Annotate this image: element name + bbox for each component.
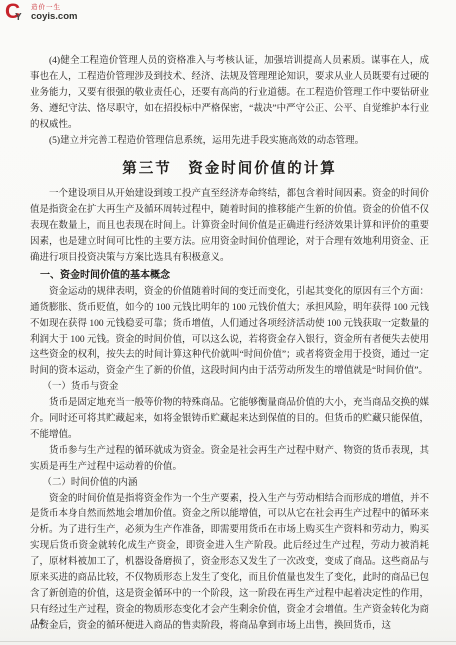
paragraph-currency-1: 货币是固定地充当一般等价物的特殊商品。它能够衡量商品价值的大小，充当商品交换的媒… [30, 396, 429, 444]
subsubheading-currency-and-capital: （一）货币与资金 [30, 380, 429, 396]
scanned-document-page: C Y 造价一生 coyis.com (4)健全工程造价管理人员的资格准入与考核… [0, 0, 456, 645]
subheading-basic-concepts: 一、资金时间价值的基本概念 [30, 268, 429, 284]
paragraph-intro: 一个建设项目从开始建设到竣工投产直至经济寿命终结，都包含着时间因素。资金的时间价… [30, 187, 429, 267]
page-text-block: (4)健全工程造价管理人员的资格准入与考核认证，加强培训提高人员素质。谋事在人，… [30, 54, 429, 635]
paragraph-currency-2: 货币参与生产过程的循环就成为资金。资金是社会再生产过程中财产、物资的货币表现，其… [30, 444, 429, 476]
coyis-watermark: C Y 造价一生 coyis.com [5, 2, 77, 24]
paragraph-connotation: 资金的时间价值是指将资金作为一个生产要素，投入生产与劳动相结合而形成的增值，并不… [30, 492, 429, 635]
watermark-text: 造价一生 coyis.com [31, 2, 77, 22]
watermark-tagline: 造价一生 [31, 4, 77, 11]
section-heading: 第三节 资金时间价值的计算 [30, 162, 429, 178]
subsubheading-time-value-connotation: （二）时间价值的内涵 [30, 476, 429, 492]
watermark-domain: coyis.com [31, 11, 77, 22]
paragraph-concept: 资金运动的规律表明，资金的价值随着时间的变迁而变化，引起其变化的原因有三个方面：… [30, 285, 429, 380]
page-number: 14 [34, 618, 44, 628]
logo-letter-y: Y [15, 12, 22, 23]
paragraph-item5: (5)建立并完善工程造价管理信息系统，运用先进手段实施高效的动态管理。 [30, 134, 429, 150]
coyis-logo-icon: C Y [5, 2, 27, 24]
paragraph-item4: (4)健全工程造价管理人员的资格准入与考核认证，加强培训提高人员素质。谋事在人，… [30, 54, 429, 134]
